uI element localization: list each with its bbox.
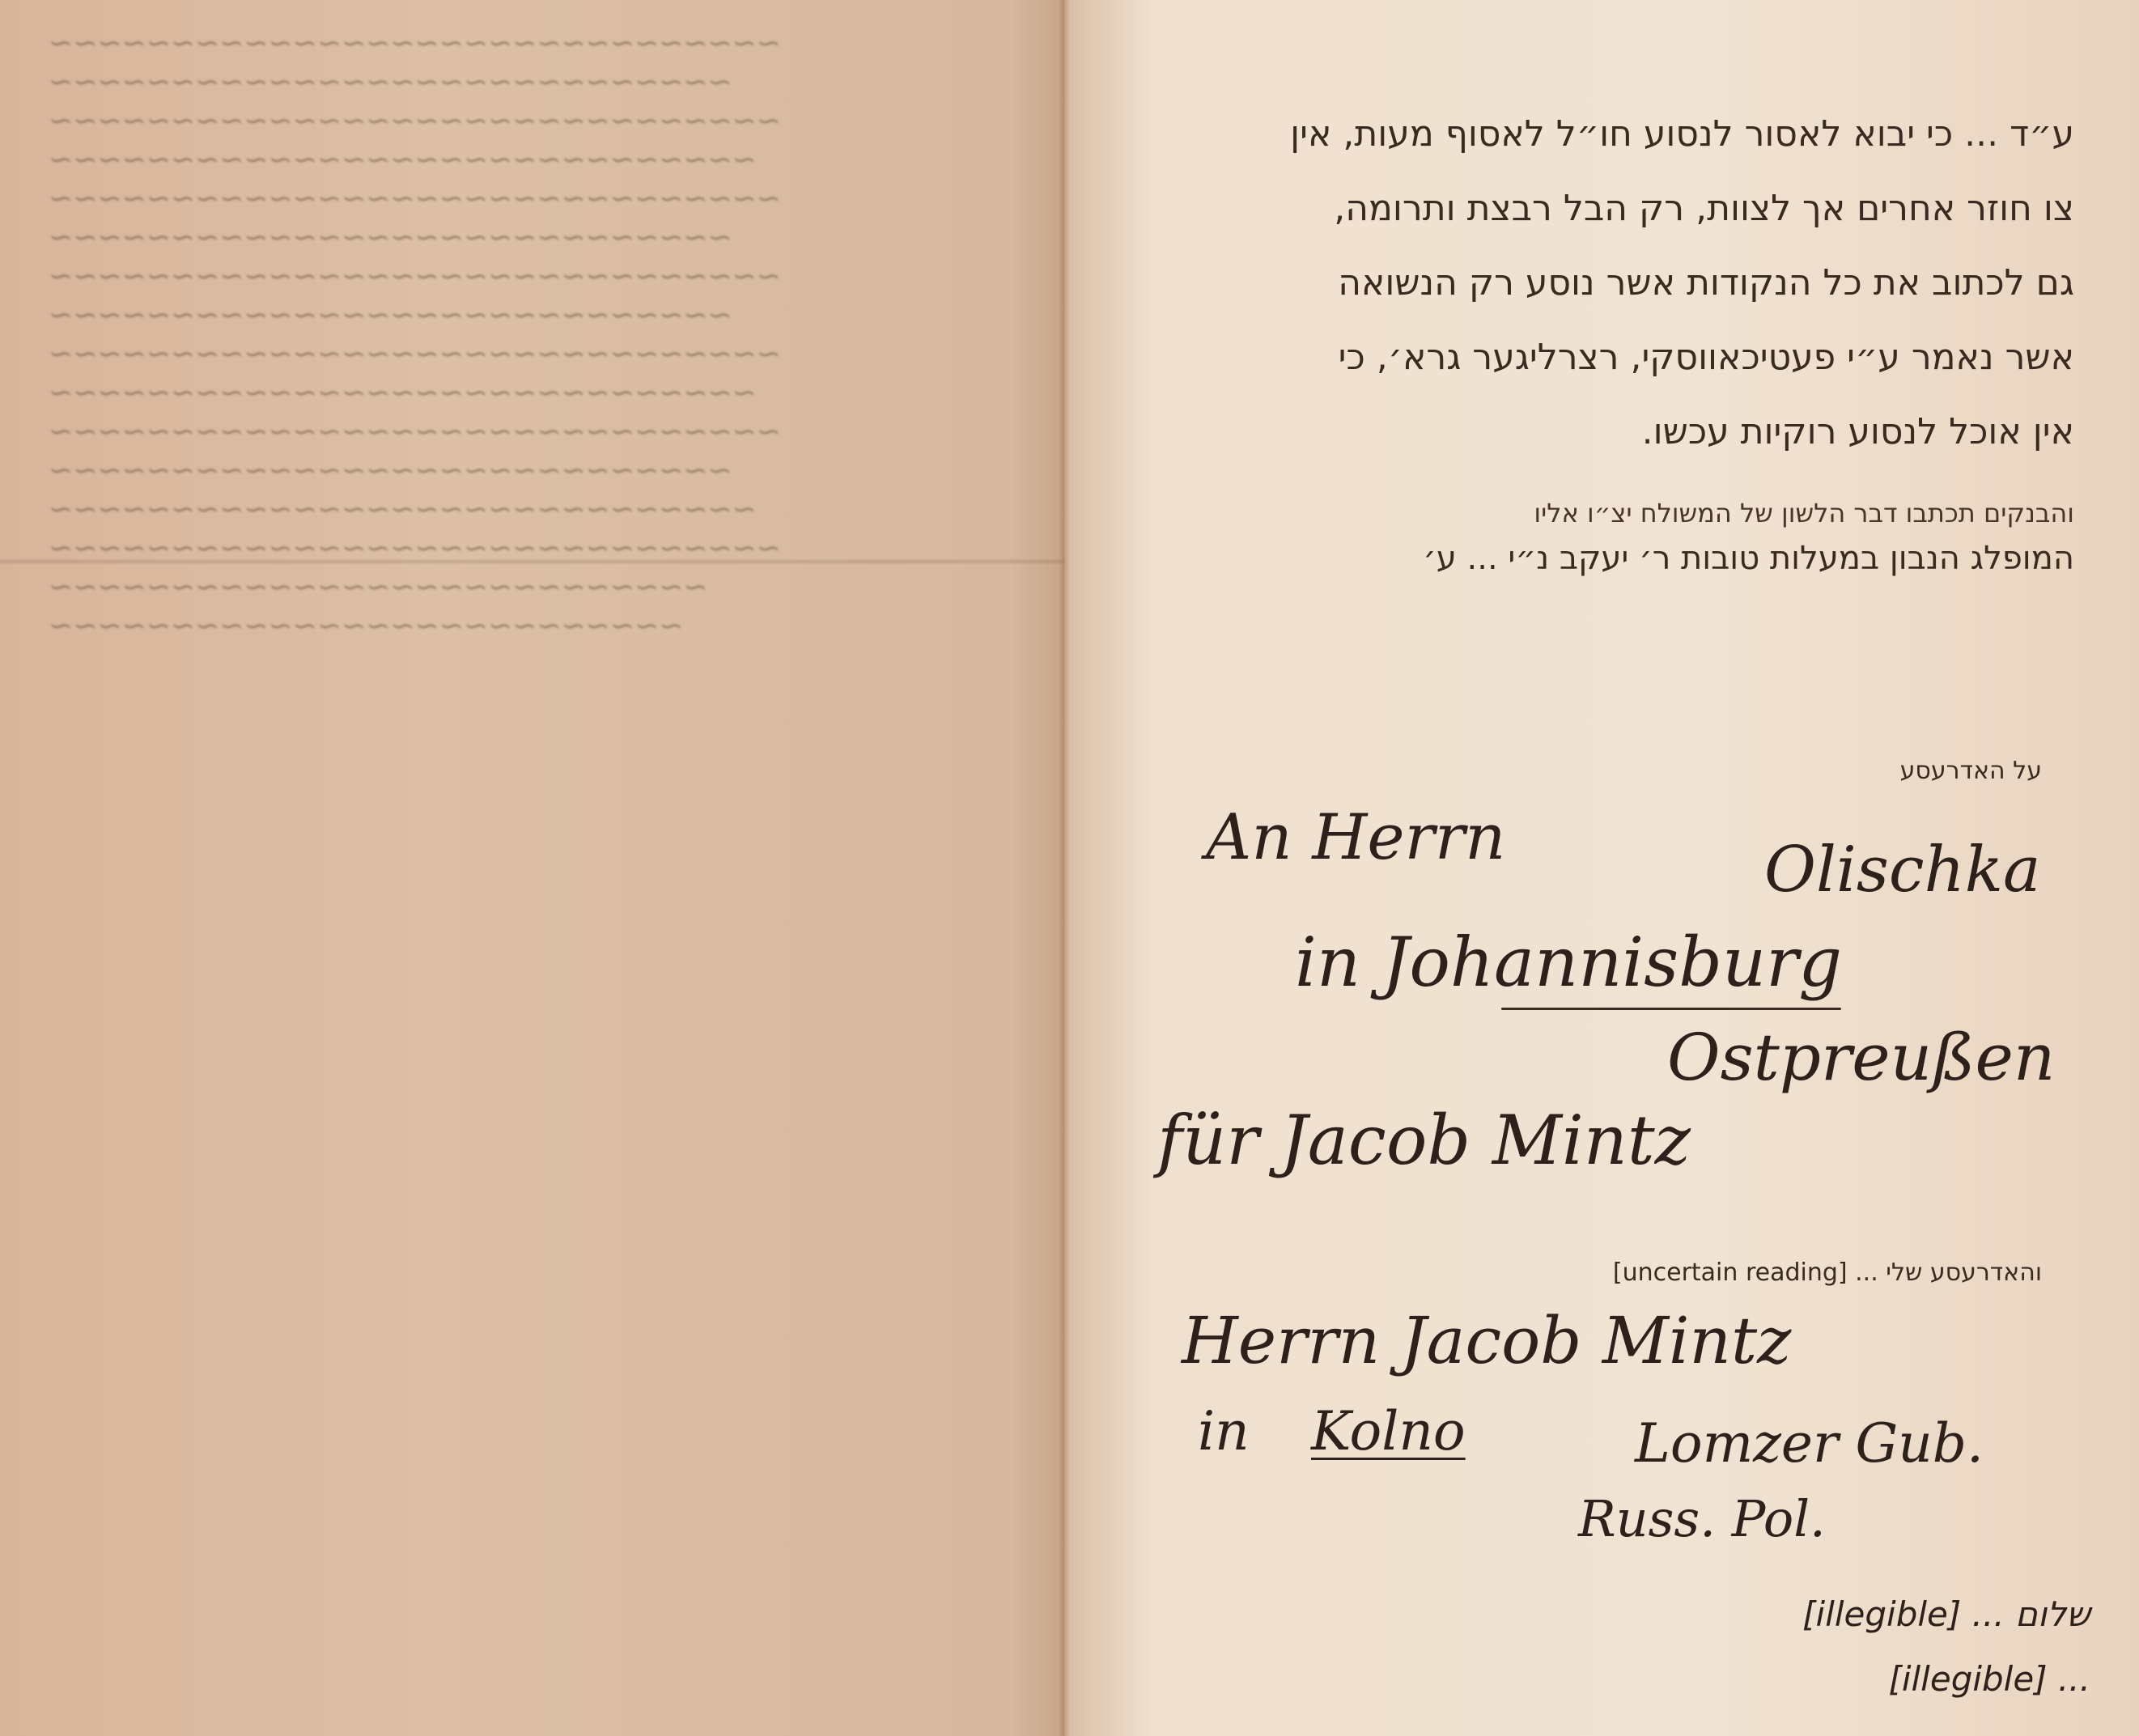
footer-line: שלום ... [illegible] [1071, 1582, 2090, 1647]
bleed-line: ~~~~~~~~~~~~~~~~~~~~~~~~~~~~ [49, 296, 1036, 335]
address-1-city: in Johannisburg [1295, 923, 1842, 1002]
letter-spread: ~~~~~~~~~~~~~~~~~~~~~~~~~~~~~~~~~~~~~~~~… [0, 0, 2139, 1736]
body-line: צו חוזר אחרים אך לצוות, רק הבל רבצת ותרו… [1103, 172, 2074, 246]
address-2-prefix: in [1198, 1400, 1250, 1462]
bleed-line: ~~~~~~~~~~~~~~~~~~~~~~~~~~~~~~ [49, 180, 1036, 219]
bleed-line: ~~~~~~~~~~~~~~~~~~~~~~~~~~~~~ [49, 374, 1036, 413]
closing-line: והבנקים תכתבו דבר הלשון של המשולח יצ״ו א… [1103, 494, 2074, 533]
bleed-line: ~~~~~~~~~~~~~~~~~~~~~~~~~~~~~~ [49, 413, 1036, 452]
address-1-salutation: An Herrn [1206, 801, 1505, 874]
bleed-line: ~~~~~~~~~~~~~~~~~~~~~~~~~~~~ [49, 219, 1036, 257]
bleed-line: ~~~~~~~~~~~~~~~~~~~~~~~~~~~~~~ [49, 335, 1036, 374]
left-page: ~~~~~~~~~~~~~~~~~~~~~~~~~~~~~~~~~~~~~~~~… [0, 0, 1064, 1736]
center-fold [1059, 0, 1070, 1736]
body-line: אשר נאמר ע״י פעטיכאווסקי, רצרליגער גרא׳,… [1103, 320, 2074, 395]
address-2-region: Lomzer Gub. [1635, 1412, 1984, 1475]
letter-body: ע״ד ... כי יבוא לאסור לנסוע חו״ל לאסוף מ… [1103, 97, 2074, 584]
bleed-line: ~~~~~~~~~~~~~~~~~~~~~~~~~~~~ [49, 63, 1036, 102]
address-2-city: Kolno [1311, 1400, 1466, 1462]
bleed-through-text: ~~~~~~~~~~~~~~~~~~~~~~~~~~~~~~~~~~~~~~~~… [49, 24, 1036, 646]
address-1-region: Ostpreußen [1667, 1020, 2055, 1095]
letter-footer: שלום ... [illegible] ... [illegible] [1071, 1582, 2090, 1712]
address-2-country: Russ. Pol. [1578, 1489, 1826, 1548]
address-1-caption: על האדרעסע [1900, 757, 2042, 785]
address-2-recipient: Herrn Jacob Mintz [1182, 1303, 1791, 1378]
address-2-caption: והאדרעסע שלי ... [uncertain reading] [1613, 1258, 2042, 1287]
bleed-line: ~~~~~~~~~~~~~~~~~~~~~~~~~~~ [49, 568, 1036, 607]
body-line: אין אוכל לנסוע רוקיות עכשו. [1103, 395, 2074, 469]
footer-line: ... [illegible] [1071, 1647, 2090, 1712]
bleed-line: ~~~~~~~~~~~~~~~~~~~~~~~~~~~~ [49, 452, 1036, 490]
bleed-line: ~~~~~~~~~~~~~~~~~~~~~~~~~~~~~~ [49, 529, 1036, 568]
address-1-forwarding: für Jacob Mintz [1157, 1101, 1691, 1180]
bleed-line: ~~~~~~~~~~~~~~~~~~~~~~~~~~ [49, 607, 1036, 646]
body-line: ע״ד ... כי יבוא לאסור לנסוע חו״ל לאסוף מ… [1103, 97, 2074, 172]
body-line: גם לכתוב את כל הנקודות אשר נוסע רק הנשוא… [1103, 246, 2074, 320]
bleed-line: ~~~~~~~~~~~~~~~~~~~~~~~~~~~~~~ [49, 257, 1036, 296]
address-1-recipient: Olischka [1764, 834, 2041, 906]
bleed-line: ~~~~~~~~~~~~~~~~~~~~~~~~~~~~~~ [49, 102, 1036, 141]
bleed-line: ~~~~~~~~~~~~~~~~~~~~~~~~~~~~~~ [49, 24, 1036, 63]
bleed-line: ~~~~~~~~~~~~~~~~~~~~~~~~~~~~~ [49, 141, 1036, 180]
bleed-line: ~~~~~~~~~~~~~~~~~~~~~~~~~~~~~ [49, 490, 1036, 529]
address-1-city-flourish [1501, 1008, 1841, 1010]
closing-line: המופלג הנבון במעלות טובות ר׳ יעקב נ״י ..… [1103, 533, 2074, 584]
